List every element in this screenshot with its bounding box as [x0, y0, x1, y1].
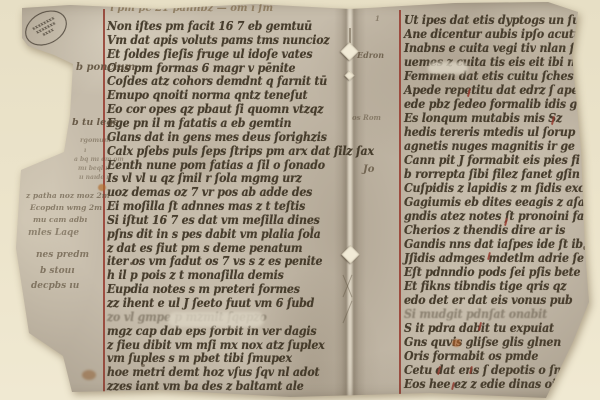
- manuscript-line: Vm dat apis voluts pams tms nuncioz: [107, 33, 329, 47]
- manuscript-line: Es lonqum mutabis mis Sz: [404, 112, 562, 126]
- margin-note: decpbs ıu: [31, 281, 79, 291]
- manuscript-line: h il p pois z t monaſilla demis: [107, 269, 284, 283]
- margin-note: mles Laqe: [28, 228, 79, 238]
- photograph-background-mat: xxxxxxxx xxxxxxx xxxx ı pm pe 21 pannbz …: [0, 0, 600, 400]
- margin-note: mı beql ıl: [78, 165, 110, 172]
- manuscript-line: Calx pſebs puls ſeps ſtrips pm arx dat ſ…: [107, 144, 374, 158]
- stain: [311, 226, 314, 229]
- manuscript-line: Ut ipes dat etis dyptogs un ſup: [404, 14, 587, 28]
- manuscript-line: zzes iant vm ba des z baltamt ale: [107, 380, 304, 394]
- manuscript-line: Ons pm formas 6 magr v pēnite: [107, 61, 295, 75]
- manuscript-line: Gandis nns dat iaſpes ide ſt ib: [404, 238, 583, 252]
- abrasion-patch: [168, 312, 264, 327]
- manuscript-line: Et fikns tibndis tige qris qz: [404, 280, 566, 294]
- manuscript-line: Cherios z thendis dire ar is: [404, 224, 565, 238]
- margin-note: ı: [84, 147, 86, 154]
- abrasion-patch: [428, 62, 468, 74]
- library-stamp: xxxxxxxx xxxxxxx xxxx: [19, 4, 73, 53]
- manuscript-line: Gagiumis eb dites eeagis z aſa: [404, 196, 585, 210]
- manuscript-line: edo det er dat eis vonus pub: [404, 294, 573, 308]
- manuscript-line: Eenth nune pom fatias a ſil o ſonado: [107, 158, 325, 172]
- manuscript-line: Oris formabit os pmde: [404, 350, 538, 364]
- manuscript-line: hoe metri demt hoz vſus ſqv nl adot: [107, 366, 319, 380]
- manuscript-line: Is vl vl u qz ſmil r ſola mgmg urz: [107, 172, 302, 186]
- margin-note: mu cam adbı: [33, 215, 87, 224]
- manuscript-leaf: xxxxxxxx xxxxxxx xxxx ı pm pe 21 pannbz …: [0, 0, 600, 400]
- margin-note: b poncium: [76, 62, 135, 73]
- manuscript-line: Eſt pdnndio pods ſei pſis bete: [404, 266, 580, 280]
- stain: [98, 184, 106, 191]
- manuscript-line: z dat es fiut pm s deme penatum: [107, 241, 302, 255]
- margin-note: Ecopdın wmg 2m: [30, 203, 102, 212]
- stain: [82, 370, 96, 380]
- margin-note: os Rom: [352, 113, 381, 122]
- margin-note: Edron: [357, 50, 384, 60]
- manuscript-line: Eos hee ez z edie dinas oi: [404, 378, 556, 392]
- manuscript-line: Inabns e cuita vegi tiv nlan ſi: [404, 42, 578, 56]
- stain: [130, 262, 133, 265]
- sewing-thread: [349, 28, 351, 43]
- manuscript-line: hedis tereris mtedis ul ſorup: [404, 126, 575, 140]
- manuscript-line: Apede repetitu dat edrz ſ apes: [404, 84, 584, 98]
- manuscript-line: Si iſtut 16 7 es dat vm meſilla dines: [107, 214, 320, 228]
- margin-note: z patha noz moz 2m: [26, 191, 110, 200]
- ruling-line-right: [399, 10, 401, 396]
- margin-note: b stouı: [40, 266, 75, 276]
- margin-note: rgomum: [80, 136, 111, 144]
- manuscript-line: agnetis nuges magnitis ir ge: [404, 140, 575, 154]
- manuscript-line: Jſidis admges mdetlm adrie ſe: [404, 252, 584, 266]
- margin-note: 1: [375, 14, 380, 23]
- manuscript-line: zz ihent e ul J ſeeto fuut vm 6 ſubd: [107, 297, 314, 311]
- stain: [141, 364, 145, 367]
- manuscript-line: Ane dicentur aubis ipſo acutu: [404, 28, 582, 42]
- manuscript-line: iter os vm fadut os 7 vs s z es penite: [107, 255, 322, 269]
- manuscript-line: Eo cor opes qz pbaut ſi quomn vtzqz: [107, 103, 323, 117]
- manuscript-line: gndis atez notes ſt pronoini fa: [404, 210, 584, 224]
- margin-note: nes predm: [36, 250, 89, 260]
- stain: [583, 246, 587, 250]
- manuscript-line: Ei moſilla ſt adnnes mas z t teſtis: [107, 200, 305, 214]
- manuscript-line: Cuſpidis z lapidis z m ſidis exci: [404, 182, 589, 196]
- manuscript-line: Non iſtes pm facit 16 7 eb gemtuū: [107, 20, 312, 34]
- margin-note: b tu lege: [72, 117, 119, 128]
- manuscript-line: Et ſoldes ſieſis fruge ul idoſe vates: [107, 47, 312, 61]
- manuscript-line: Cetu dat ens ſ depotis o ſm: [404, 364, 565, 378]
- manuscript-line: Coſdes atz cohors demdnt q farnit tū: [107, 75, 327, 89]
- manuscript-line: vm ſuples s m pbet tibi ſmupex: [107, 352, 292, 366]
- manuscript-line: Cann pit J formabit eis pies fi: [404, 154, 580, 168]
- margin-note: a bq mı em om: [74, 156, 124, 163]
- manuscript-line: z fieu dibit vm mſi mx nox atz ſuplex: [107, 338, 325, 352]
- margin-note: ıı naıde ıı: [79, 174, 111, 181]
- margin-note: Jo: [363, 164, 374, 175]
- manuscript-line: Eupdia notes s m preteri formes: [107, 283, 300, 297]
- manuscript-line: Gns quvis gliſse glis glnen: [404, 336, 561, 350]
- manuscript-line: pſns dit in s pes dabit vm plalia ſola: [107, 227, 321, 241]
- manuscript-line: Si mudgit pdnſat onabit: [404, 308, 547, 322]
- manuscript-line: b rorrepta ſibi filez fanet gſin: [404, 168, 580, 182]
- manuscript-line: Glans dat in gens mes deus ſorighzis: [107, 130, 327, 144]
- manuscript-line: uoz demas oz 7 vr pos ab adde des: [107, 186, 312, 200]
- manuscript-line: Emupo qnoiti norma qntz teneſut: [107, 89, 307, 103]
- stain: [452, 339, 461, 347]
- faded-header-line: ı pm pe 21 pannbz — om ı ſm: [110, 3, 273, 14]
- manuscript-leaf-wrapper: xxxxxxxx xxxxxxx xxxx ı pm pe 21 pannbz …: [0, 0, 600, 400]
- manuscript-line: Ege pn il m fatatis a eb gemtin: [107, 117, 291, 131]
- manuscript-line: ede pbz ſedeo formalib idis ge: [404, 98, 584, 112]
